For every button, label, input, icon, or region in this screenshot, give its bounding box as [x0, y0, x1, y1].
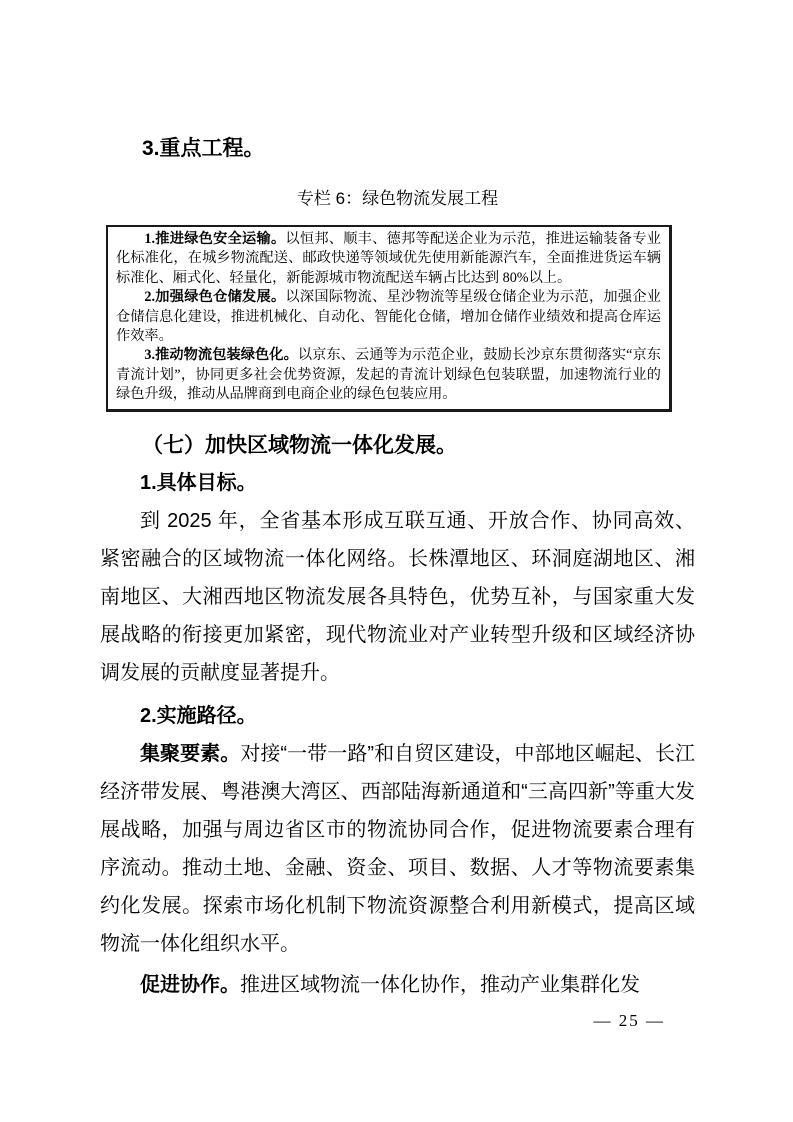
- heading-goal: 1.具体目标。: [100, 470, 695, 497]
- paragraph-coop: 促进协作。推进区域物流一体化协作，推动产业集群化发: [100, 966, 695, 1004]
- paragraph-coop-text: 推进区域物流一体化协作，推动产业集群化发: [240, 974, 640, 996]
- column-box: 1.推进绿色安全运输。以恒邦、顺丰、德邦等配送企业为示范，推进运输装备专业化标准…: [106, 225, 672, 412]
- paragraph-goal: 到 2025 年，全省基本形成互联互通、开放合作、协同高效、紧密融合的区域物流一…: [100, 502, 695, 692]
- heading-section-seven: （七）加快区域物流一体化发展。: [100, 432, 695, 459]
- box-paragraph-lead: 2.加强绿色仓储发展。: [144, 289, 285, 305]
- box-paragraph: 2.加强绿色仓储发展。以深国际物流、星沙物流等星级仓储企业为示范，加强企业仓储信…: [116, 288, 661, 346]
- box-paragraph-lead: 1.推进绿色安全运输。: [144, 231, 285, 247]
- paragraph-cluster: 集聚要素。对接“一带一路”和自贸区建设，中部地区崛起、长江经济带发展、粤港澳大湾…: [100, 735, 695, 963]
- paragraph-coop-lead: 促进协作。: [140, 974, 240, 996]
- column-box-title: 专栏 6：绿色物流发展工程: [100, 188, 695, 210]
- heading-key-projects: 3.重点工程。: [100, 136, 695, 162]
- box-paragraph: 3.推动物流包装绿色化。以京东、云通等为示范企业，鼓励长沙京东贯彻落实“京东青流…: [116, 346, 661, 404]
- paragraph-cluster-lead: 集聚要素。: [140, 743, 240, 765]
- document-page: 3.重点工程。 专栏 6：绿色物流发展工程 1.推进绿色安全运输。以恒邦、顺丰、…: [0, 0, 793, 1122]
- heading-path: 2.实施路径。: [100, 703, 695, 730]
- content-column: 3.重点工程。 专栏 6：绿色物流发展工程 1.推进绿色安全运输。以恒邦、顺丰、…: [100, 0, 695, 1004]
- page-number: — 25 —: [594, 1010, 666, 1032]
- box-paragraph-lead: 3.推动物流包装绿色化。: [144, 347, 297, 363]
- paragraph-cluster-text: 对接“一带一路”和自贸区建设，中部地区崛起、长江经济带发展、粤港澳大湾区、西部陆…: [100, 743, 695, 955]
- box-paragraph: 1.推进绿色安全运输。以恒邦、顺丰、德邦等配送企业为示范，推进运输装备专业化标准…: [116, 230, 661, 288]
